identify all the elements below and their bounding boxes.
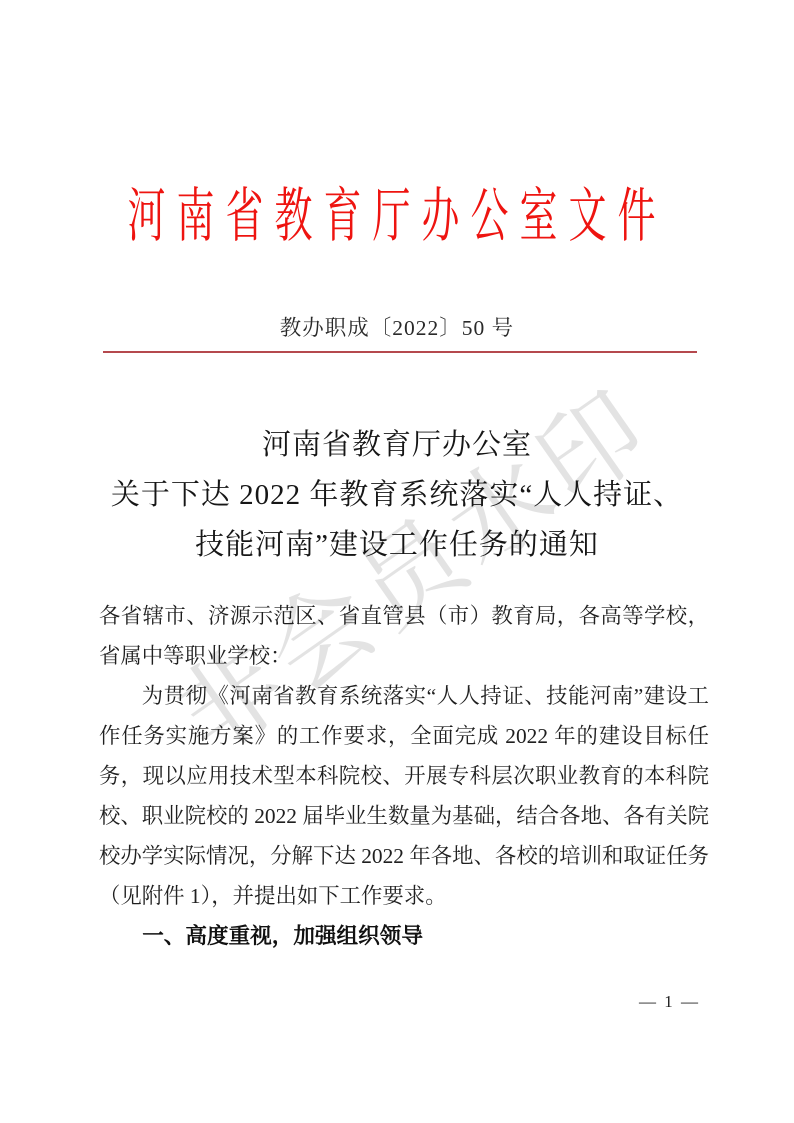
salutation: 各省辖市、济源示范区、省直管县（市）教育局，各高等学校，省属中等职业学校： — [99, 596, 709, 676]
document-title-line-1: 河南省教育厅办公室 — [0, 420, 794, 470]
page-number: — 1 — — [639, 992, 700, 1012]
document-title: 河南省教育厅办公室 关于下达 2022 年教育系统落实“人人持证、 技能河南”建… — [0, 420, 794, 570]
document-body: 各省辖市、济源示范区、省直管县（市）教育局，各高等学校，省属中等职业学校： 为贯… — [99, 596, 709, 956]
document-title-line-2: 关于下达 2022 年教育系统落实“人人持证、 — [0, 470, 794, 520]
body-paragraph-1: 为贯彻《河南省教育系统落实“人人持证、技能河南”建设工作任务实施方案》的工作要求… — [99, 676, 709, 916]
section-heading-1: 一、高度重视，加强组织领导 — [99, 916, 709, 956]
document-number: 教办职成〔2022〕50 号 — [0, 311, 794, 342]
document-title-line-3: 技能河南”建设工作任务的通知 — [0, 520, 794, 570]
document-page: 非会员水印 河南省教育厅办公室文件 教办职成〔2022〕50 号 河南省教育厅办… — [0, 0, 794, 1123]
letterhead-title: 河南省教育厅办公室文件 — [0, 188, 794, 247]
red-divider-line — [103, 351, 697, 353]
